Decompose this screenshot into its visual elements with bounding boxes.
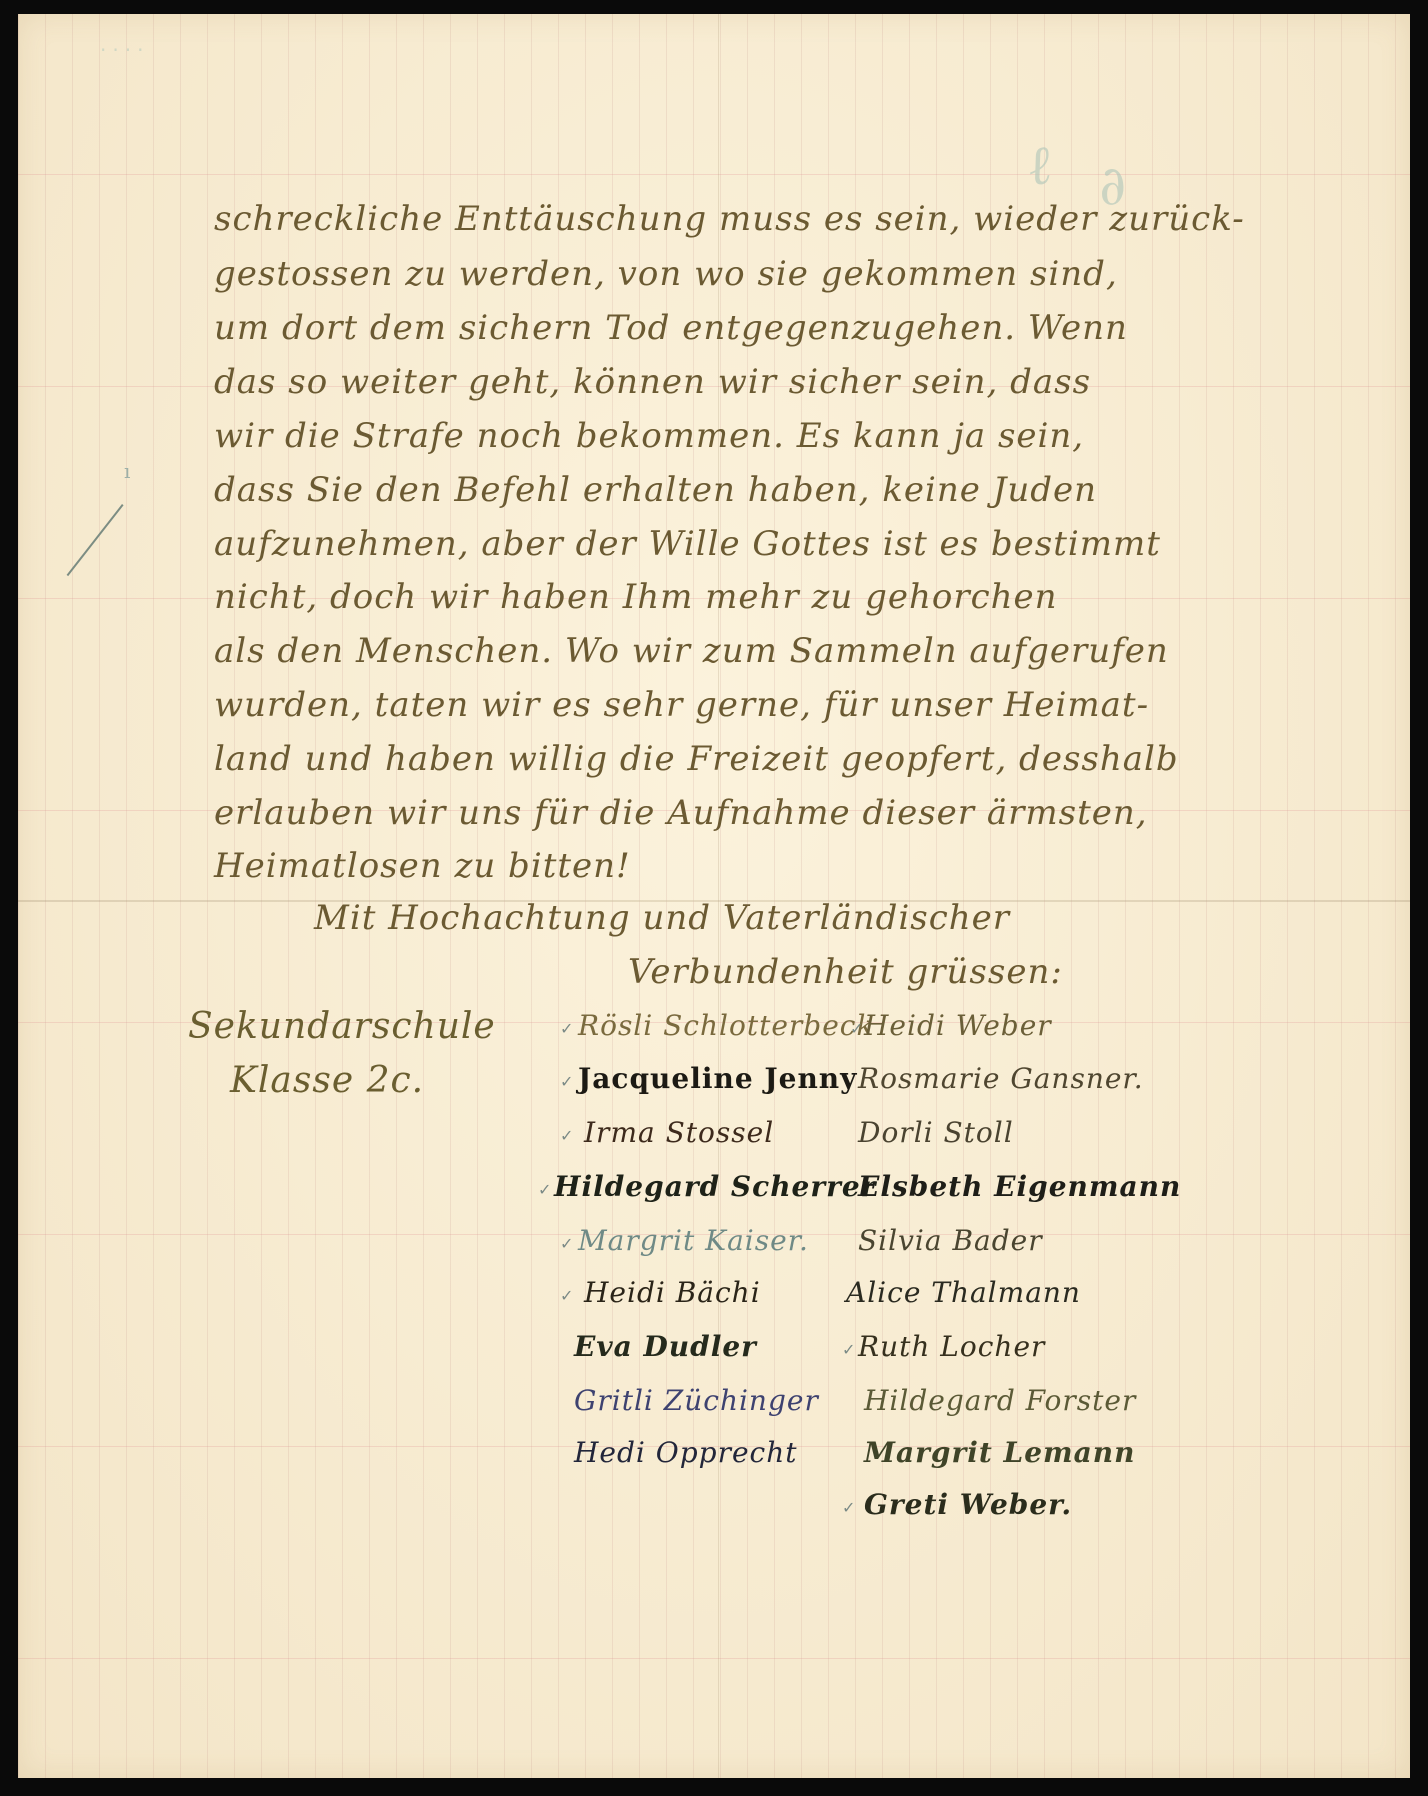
sender-class: Klasse 2c.: [230, 1060, 424, 1101]
sender-school: Sekundarschule: [188, 1006, 496, 1047]
signature: Greti Weber.: [864, 1488, 1072, 1521]
signature: Silvia Bader: [858, 1224, 1043, 1257]
check-mark-icon: ✓: [560, 1286, 573, 1305]
signature: Alice Thalmann: [846, 1276, 1081, 1309]
body-line: das so weiter geht, können wir sicher se…: [214, 362, 1091, 402]
signature: Hildegard Scherrer: [554, 1170, 876, 1203]
check-mark-icon: ✓: [560, 1019, 573, 1038]
closing-line-2: Verbundenheit grüssen:: [628, 952, 1063, 992]
check-mark-icon: ✓: [560, 1072, 573, 1091]
signature: Margrit Kaiser.: [578, 1224, 809, 1257]
signature: Heidi Weber: [864, 1009, 1052, 1042]
signature: Dorli Stoll: [858, 1116, 1014, 1149]
check-mark-icon: ✓: [560, 1126, 573, 1145]
body-line: nicht, doch wir haben Ihm mehr zu gehorc…: [214, 577, 1058, 617]
signature: Rösli Schlotterbeck: [578, 1009, 874, 1042]
body-line: erlauben wir uns für die Aufnahme dieser…: [214, 793, 1148, 833]
signature: Rosmarie Gansner.: [858, 1062, 1144, 1095]
body-line: wir die Strafe noch bekommen. Es kann ja…: [214, 416, 1084, 456]
signature: Margrit Lemann: [864, 1436, 1136, 1469]
body-line: dass Sie den Befehl erhalten haben, kein…: [214, 470, 1097, 510]
signature: Hedi Opprecht: [574, 1436, 798, 1469]
check-mark-icon: ✓: [842, 1498, 855, 1517]
closing-line-1: Mit Hochachtung und Vaterländischer: [314, 898, 1010, 938]
body-line: als den Menschen. Wo wir zum Sammeln auf…: [214, 631, 1169, 671]
body-line: Heimatlosen zu bitten!: [214, 846, 631, 886]
margin-tick-icon: ı: [124, 459, 130, 483]
check-mark-icon: ✓: [538, 1180, 551, 1199]
body-line: wurden, taten wir es sehr gerne, für uns…: [214, 685, 1149, 725]
check-mark-icon: ✓: [850, 1019, 863, 1038]
check-mark-icon: ✓: [842, 1340, 855, 1359]
signature: Elsbeth Eigenmann: [858, 1170, 1181, 1203]
margin-slash-mark-icon: [67, 504, 124, 576]
signature: Eva Dudler: [574, 1330, 757, 1363]
signature: Heidi Bächi: [584, 1276, 761, 1309]
signature: Irma Stossel: [584, 1116, 774, 1149]
body-line: land und haben willig die Freizeit geopf…: [214, 739, 1179, 779]
signature: Jacqueline Jenny: [578, 1062, 857, 1095]
body-line: schreckliche Enttäuschung muss es sein, …: [214, 199, 1245, 239]
archive-number-faded: ····: [100, 38, 149, 62]
letter-page: ···· ℓ ∂ ı schreckliche Enttäuschung mus…: [18, 14, 1410, 1778]
signature: Ruth Locher: [858, 1330, 1045, 1363]
check-mark-icon: ✓: [560, 1234, 573, 1253]
body-line: aufzunehmen, aber der Wille Gottes ist e…: [214, 524, 1161, 564]
signature: Hildegard Forster: [864, 1384, 1136, 1417]
signature: Gritli Züchinger: [574, 1384, 819, 1417]
pencil-annotation-icon: ℓ: [1024, 133, 1055, 199]
body-line: um dort dem sichern Tod entgegenzugehen.…: [214, 308, 1128, 348]
body-line: gestossen zu werden, von wo sie gekommen…: [214, 254, 1118, 294]
